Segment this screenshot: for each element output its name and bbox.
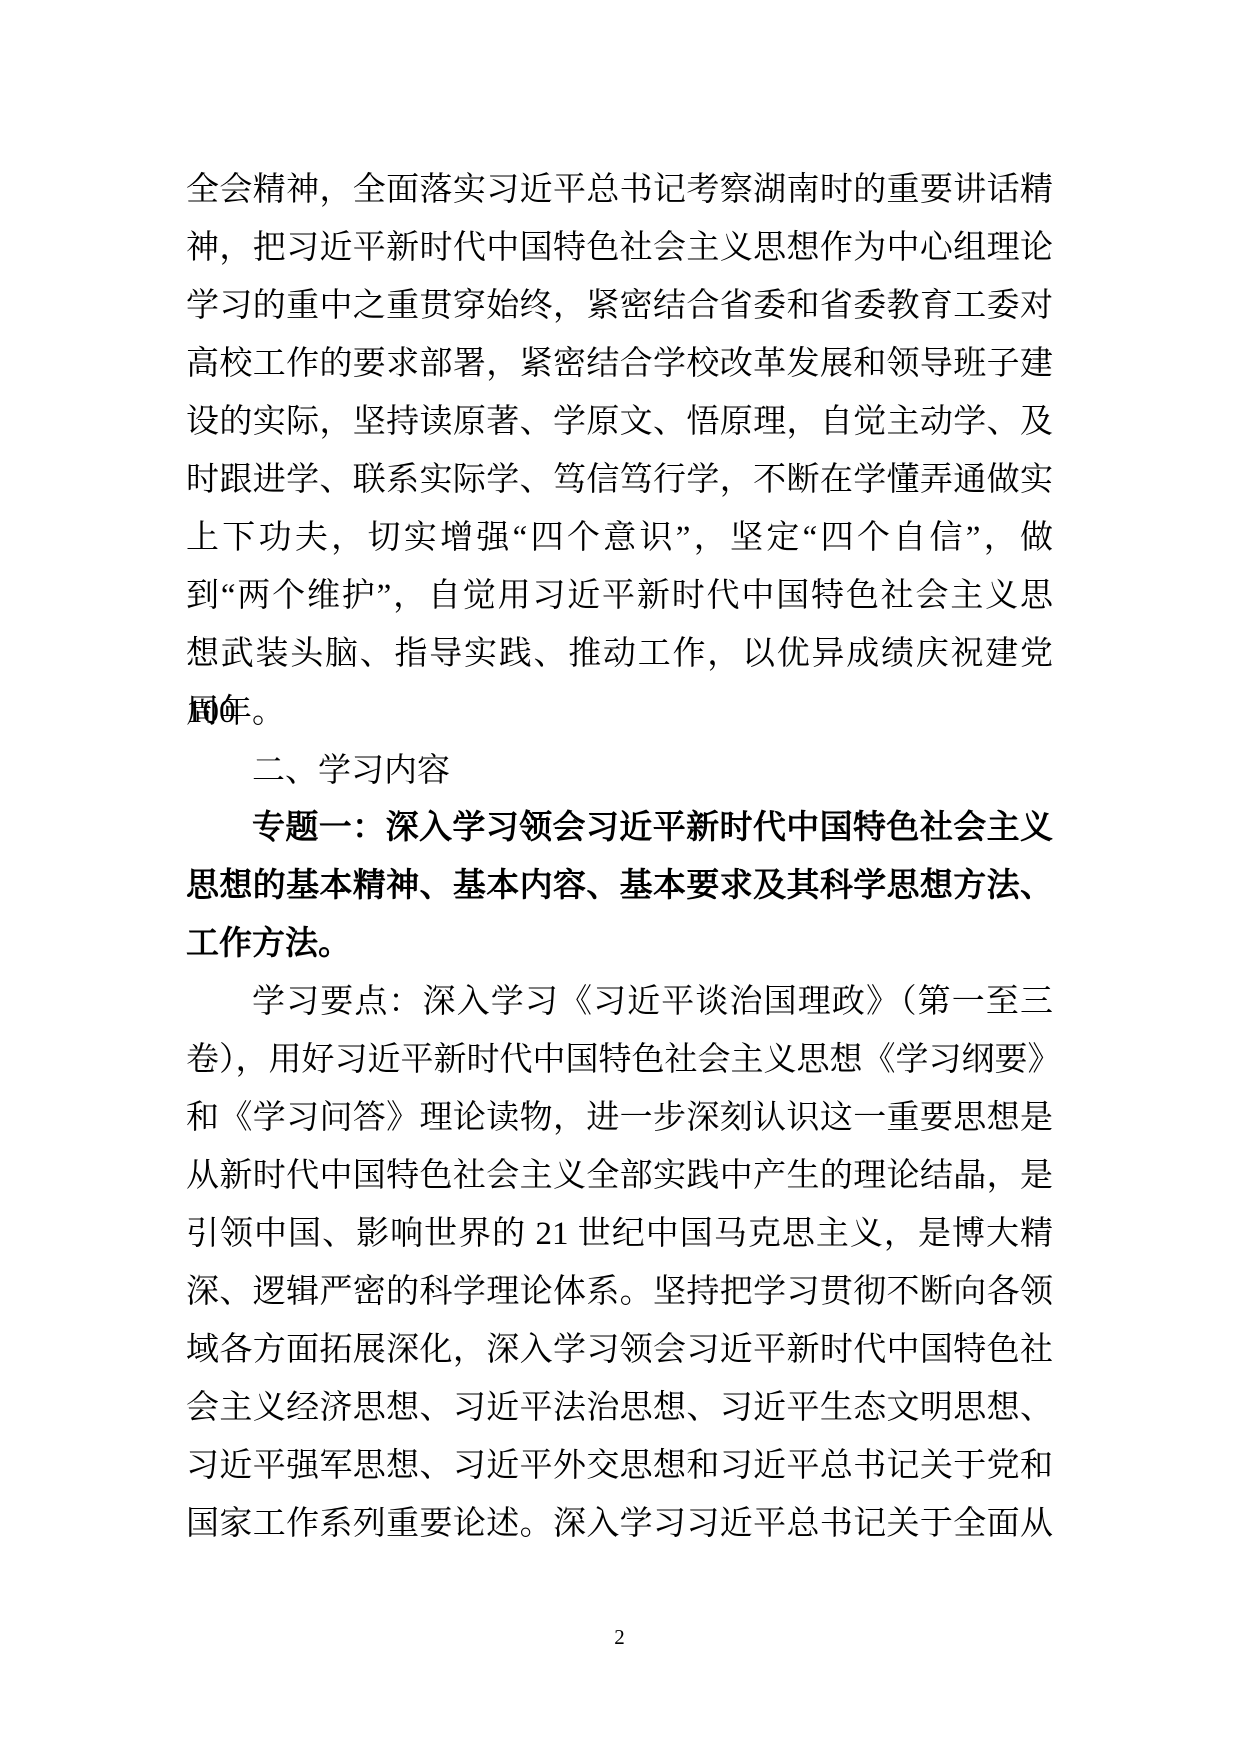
text-line: 学习要点：深入学习《习近平谈治国理政》（第一至三 (186, 973, 1053, 1031)
page-footer: 2 (186, 1622, 1053, 1652)
text-line: 时跟进学、联系实际学、笃信笃行学，不断在学懂弄通做实 (186, 451, 1053, 509)
text-line: 专题一：深入学习领会习近平新时代中国特色社会主义 (186, 799, 1053, 857)
text-line: 卷），用好习近平新时代中国特色社会主义思想《学习纲要》 (186, 1031, 1053, 1089)
paragraph-continuation: 全会精神，全面落实习近平总书记考察湖南时的重要讲话精神，把习近平新时代中国特色社… (186, 161, 1053, 741)
topic-one-title: 专题一：深入学习领会习近平新时代中国特色社会主义思想的基本精神、基本内容、基本要… (186, 799, 1053, 973)
document-body: 全会精神，全面落实习近平总书记考察湖南时的重要讲话精神，把习近平新时代中国特色社… (186, 161, 1053, 1553)
text-line: 和《学习问答》理论读物，进一步深刻认识这一重要思想是 (186, 1089, 1053, 1147)
section-heading: 二、学习内容 (186, 741, 1053, 799)
page-number: 2 (614, 1625, 625, 1649)
text-line: 国家工作系列重要论述。深入学习习近平总书记关于全面从 (186, 1495, 1053, 1553)
text-line: 域各方面拓展深化，深入学习领会习近平新时代中国特色社 (186, 1321, 1053, 1379)
text-line: 想武装头脑、指导实践、推动工作，以优异成绩庆祝建党 100 (186, 625, 1053, 683)
text-line: 从新时代中国特色社会主义全部实践中产生的理论结晶，是 (186, 1147, 1053, 1205)
paragraph-study-points: 学习要点：深入学习《习近平谈治国理政》（第一至三卷），用好习近平新时代中国特色社… (186, 973, 1053, 1553)
text-line: 上下功夫，切实增强“四个意识”，坚定“四个自信”，做 (186, 509, 1053, 567)
text-line: 神，把习近平新时代中国特色社会主义思想作为中心组理论 (186, 219, 1053, 277)
text-line: 到“两个维护”，自觉用习近平新时代中国特色社会主义思 (186, 567, 1053, 625)
text-line: 引领中国、影响世界的 21 世纪中国马克思主义，是博大精 (186, 1205, 1053, 1263)
text-line: 二、学习内容 (186, 741, 1053, 799)
text-line: 工作方法。 (186, 915, 1053, 973)
text-line: 全会精神，全面落实习近平总书记考察湖南时的重要讲话精 (186, 161, 1053, 219)
text-line: 设的实际，坚持读原著、学原文、悟原理，自觉主动学、及 (186, 393, 1053, 451)
text-line: 高校工作的要求部署，紧密结合学校改革发展和领导班子建 (186, 335, 1053, 393)
text-line: 周年。 (186, 683, 1053, 741)
text-line: 思想的基本精神、基本内容、基本要求及其科学思想方法、 (186, 857, 1053, 915)
text-line: 习近平强军思想、习近平外交思想和习近平总书记关于党和 (186, 1437, 1053, 1495)
text-line: 深、逻辑严密的科学理论体系。坚持把学习贯彻不断向各领 (186, 1263, 1053, 1321)
text-line: 学习的重中之重贯穿始终，紧密结合省委和省委教育工委对 (186, 277, 1053, 335)
document-page: 全会精神，全面落实习近平总书记考察湖南时的重要讲话精神，把习近平新时代中国特色社… (0, 0, 1241, 1755)
text-line: 会主义经济思想、习近平法治思想、习近平生态文明思想、 (186, 1379, 1053, 1437)
